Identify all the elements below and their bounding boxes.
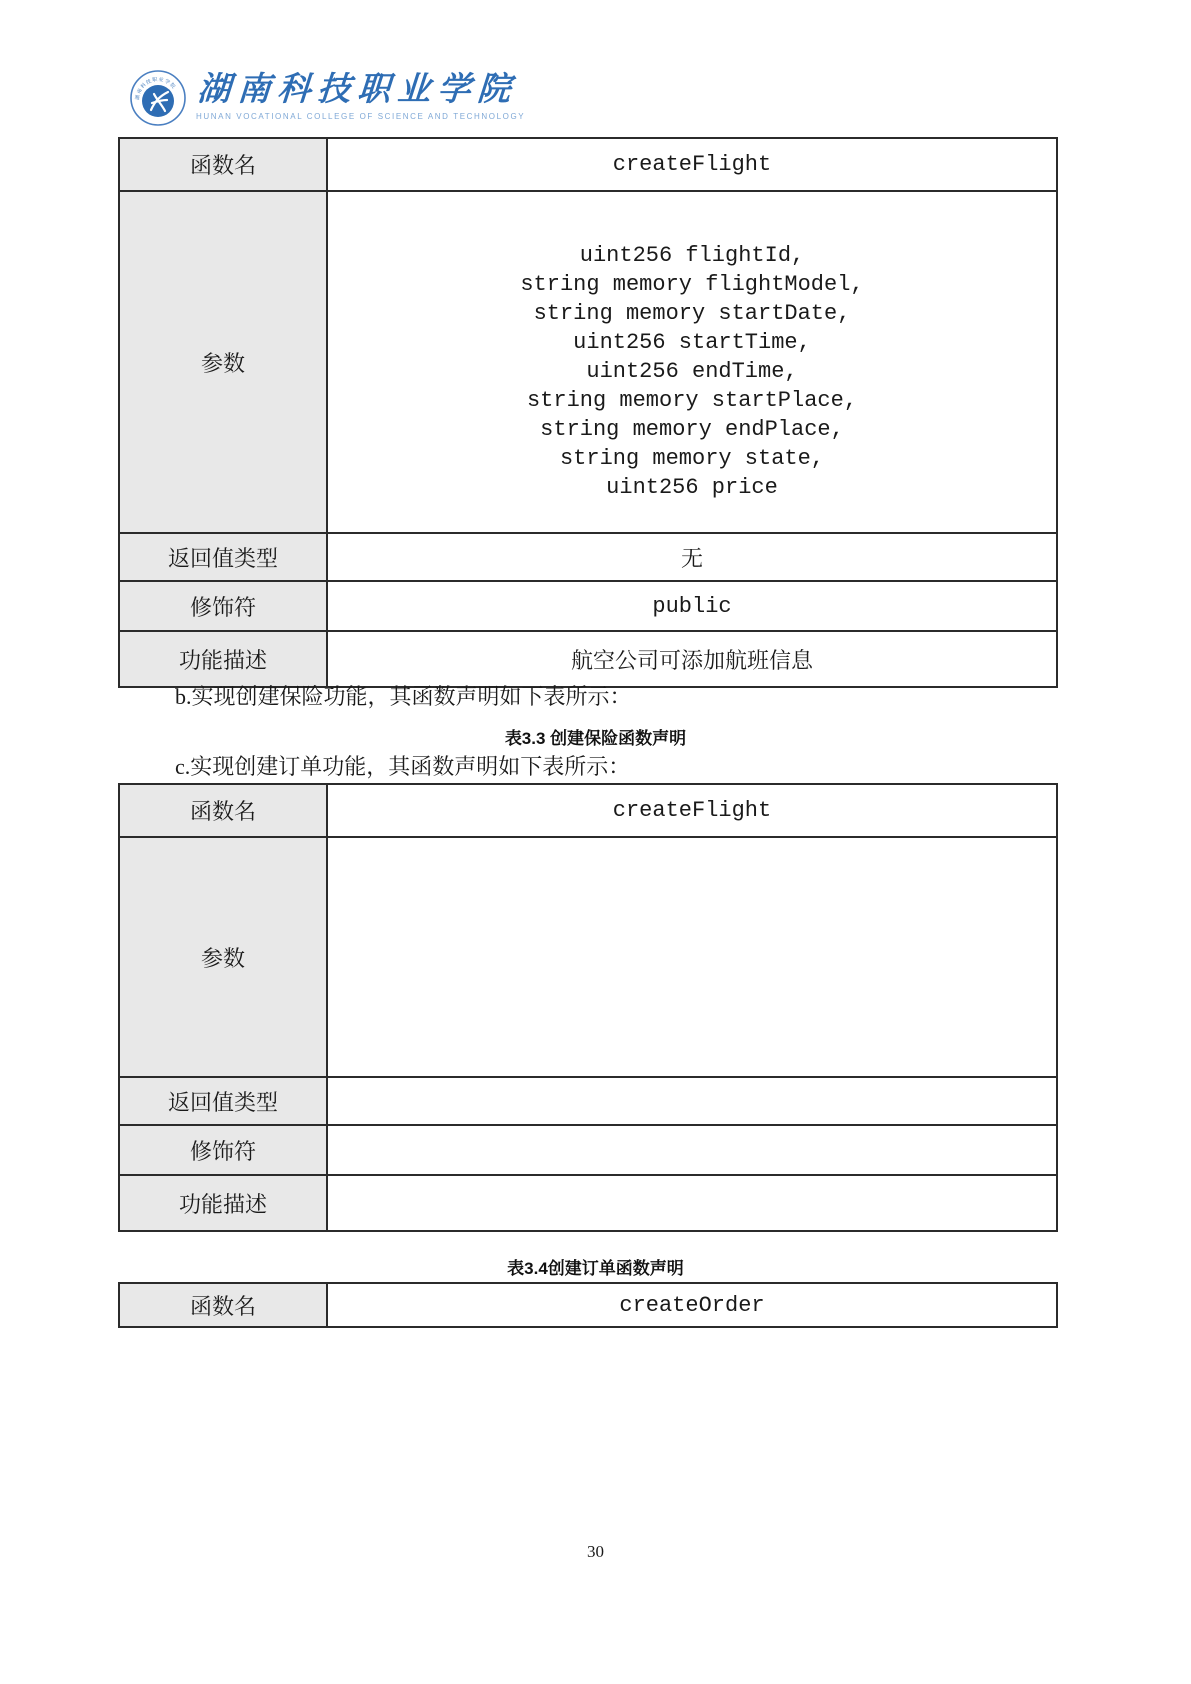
- table-row-modifier: 修饰符: [119, 1125, 1057, 1175]
- function-table-create-flight: 函数名 createFlight 参数 uint256 flightId, st…: [118, 137, 1058, 688]
- row-value-parameter-list: uint256 flightId, string memory flightMo…: [327, 191, 1057, 533]
- page-number: 30: [0, 1542, 1191, 1562]
- college-logo-text: 湖南科技职业学院 HUNAN VOCATIONAL COLLEGE OF SCI…: [196, 70, 525, 121]
- row-value: [327, 837, 1057, 1077]
- table-row-parameters: 参数 uint256 flightId, string memory fligh…: [119, 191, 1057, 533]
- row-label: 返回值类型: [119, 533, 327, 581]
- function-table-empty: 函数名 createFlight 参数 返回值类型 修饰符 功能描述: [118, 783, 1058, 1232]
- row-label: 修饰符: [119, 581, 327, 631]
- table-row-description: 功能描述 航空公司可添加航班信息: [119, 631, 1057, 687]
- row-value: [327, 1175, 1057, 1231]
- table-row-description: 功能描述: [119, 1175, 1057, 1231]
- row-label: 功能描述: [119, 1175, 327, 1231]
- row-label: 函数名: [119, 138, 327, 191]
- table-row-return-type: 返回值类型 无: [119, 533, 1057, 581]
- row-label: 函数名: [119, 784, 327, 837]
- table-caption-3-3: 表3.3 创建保险函数声明: [0, 724, 1191, 749]
- row-value: createFlight: [327, 784, 1057, 837]
- table-row-function-name: 函数名 createOrder: [119, 1283, 1057, 1327]
- row-value: 航空公司可添加航班信息: [327, 631, 1057, 687]
- row-value: createFlight: [327, 138, 1057, 191]
- row-value: createOrder: [327, 1283, 1057, 1327]
- paragraph-item-b: b.实现创建保险功能，其函数声明如下表所示：: [175, 684, 632, 710]
- table-row-return-type: 返回值类型: [119, 1077, 1057, 1125]
- row-value: [327, 1125, 1057, 1175]
- row-label: 参数: [119, 837, 327, 1077]
- row-label: 功能描述: [119, 631, 327, 687]
- row-label: 函数名: [119, 1283, 327, 1327]
- row-label: 参数: [119, 191, 327, 533]
- table-row-modifier: 修饰符 public: [119, 581, 1057, 631]
- row-value: [327, 1077, 1057, 1125]
- table-row-function-name: 函数名 createFlight: [119, 784, 1057, 837]
- row-value: 无: [327, 533, 1057, 581]
- college-seal-icon: 湖南科技职业学院: [130, 70, 186, 126]
- table-row-parameters: 参数: [119, 837, 1057, 1077]
- table-caption-3-4: 表3.4创建订单函数声明: [0, 1254, 1191, 1279]
- paragraph-item-c: c.实现创建订单功能，其函数声明如下表所示：: [175, 754, 630, 780]
- row-label: 修饰符: [119, 1125, 327, 1175]
- college-name-cn: 湖南科技职业学院: [196, 70, 528, 110]
- college-logo: 湖南科技职业学院 湖南科技职业学院 HUNAN VOCATIONAL COLLE…: [130, 70, 525, 126]
- function-table-create-order: 函数名 createOrder: [118, 1282, 1058, 1328]
- row-label: 返回值类型: [119, 1077, 327, 1125]
- row-value: public: [327, 581, 1057, 631]
- document-page: 湖南科技职业学院 湖南科技职业学院 HUNAN VOCATIONAL COLLE…: [0, 0, 1191, 1684]
- table-row-function-name: 函数名 createFlight: [119, 138, 1057, 191]
- college-name-en: HUNAN VOCATIONAL COLLEGE OF SCIENCE AND …: [196, 112, 525, 121]
